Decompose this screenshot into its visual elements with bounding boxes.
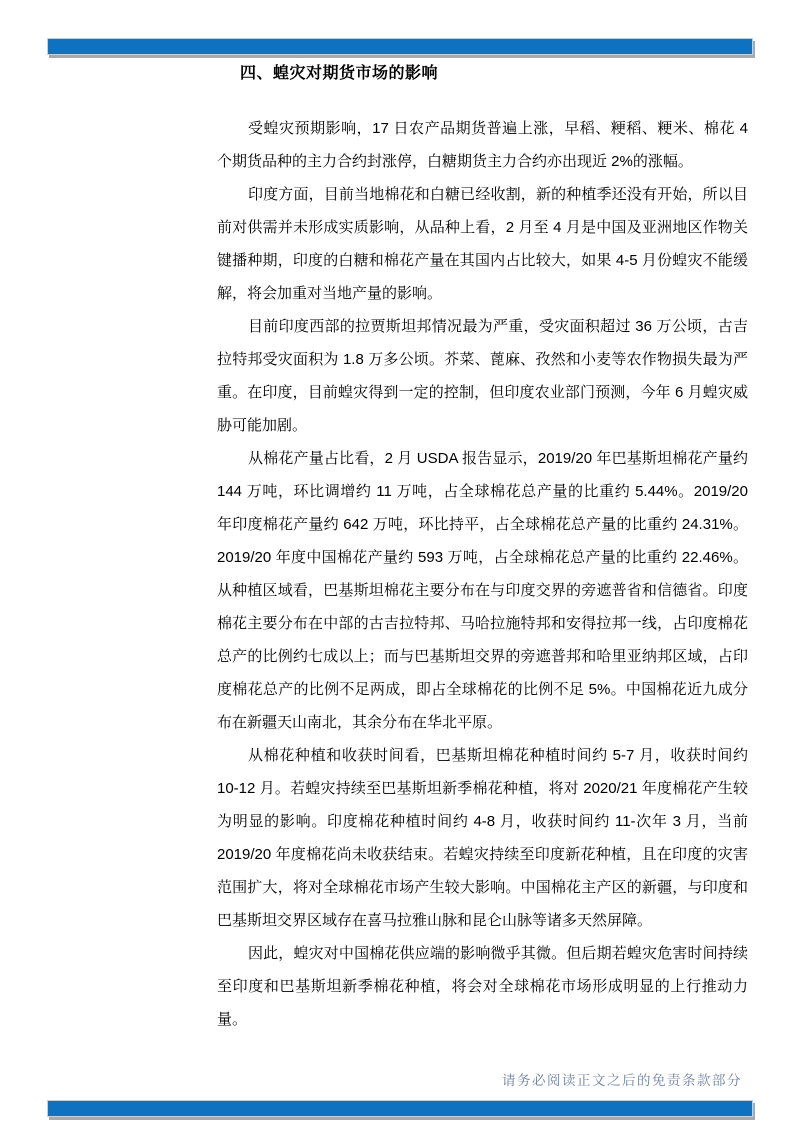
footer-disclaimer: 请务必阅读正文之后的免责条款部分 [502,1069,742,1089]
report-body: 受蝗灾预期影响，17 日农产品期货普遍上涨，早稻、粳稻、粳米、棉花 4 个期货品… [217,112,748,1036]
body-paragraph: 从棉花产量占比看，2 月 USDA 报告显示，2019/20 年巴基斯坦棉花产量… [217,442,748,739]
report-page: 四、蝗灾对期货市场的影响 受蝗灾预期影响，17 日农产品期货普遍上涨，早稻、粳稻… [0,0,793,1122]
body-paragraph: 目前印度西部的拉贾斯坦邦情况最为严重，受灾面积超过 36 万公顷，古吉拉特邦受灾… [217,310,748,442]
body-paragraph: 受蝗灾预期影响，17 日农产品期货普遍上涨，早稻、粳稻、粳米、棉花 4 个期货品… [217,112,748,178]
body-paragraph: 从棉花种植和收获时间看，巴基斯坦棉花种植时间约 5-7 月，收获时间约 10-1… [217,739,748,937]
body-paragraph: 因此，蝗灾对中国棉花供应端的影响微乎其微。但后期若蝗灾危害时间持续至印度和巴基斯… [217,937,748,1036]
header-rule-bar [47,38,753,55]
section-heading: 四、蝗灾对期货市场的影响 [240,60,438,83]
footer-rule-bar [47,1100,753,1117]
body-paragraph: 印度方面，目前当地棉花和白糖已经收割，新的种植季还没有开始，所以目前对供需并未形… [217,178,748,310]
